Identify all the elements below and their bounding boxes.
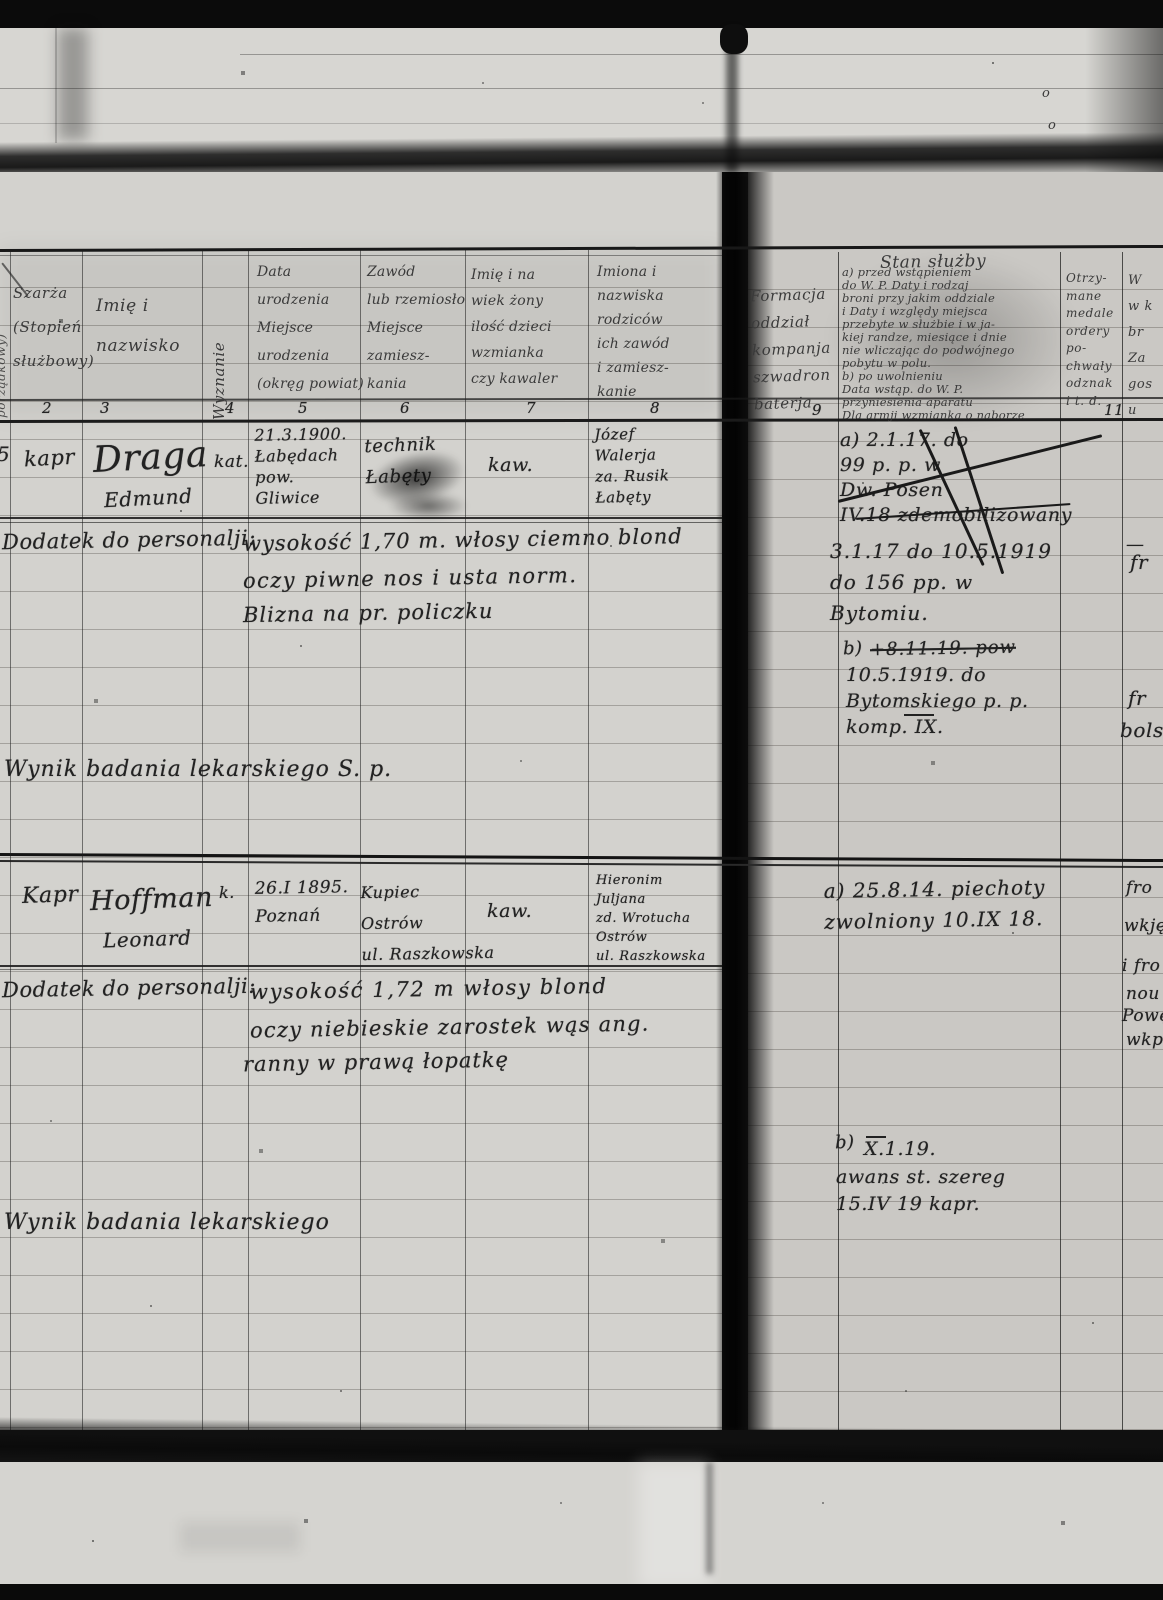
column-line [465,250,466,1430]
header-imie-nazwisko: Imię i nazwisko [96,286,180,366]
column-line [10,250,11,1430]
margin-note: fr [1128,686,1146,710]
margin-note: Powę [1122,1006,1163,1026]
service-a-entry: 3.1.17 do 10.5.1919 do 156 pp. w Bytomiu… [830,536,1052,629]
header-cut-right: W w k br Za gos u [1128,268,1153,424]
row-line [240,54,1163,55]
column-line [1122,252,1123,1430]
record-surname: Hoffman [89,882,213,919]
service-b-label: b) [835,1132,855,1154]
record-rank: kapr [23,445,75,473]
margin-note: bols [1120,718,1163,742]
margin-note: fr [1130,550,1148,574]
header-zona: Imię i na wiek żony ilość dzieci wzmiank… [471,262,557,392]
header-zawod: Zawód lub rzemiosło Miejsce zamiesz- kan… [367,258,465,398]
dust-speckles [0,0,2,2]
record-occupation: Kupiec Ostrów ul. Raszkowska [360,875,495,970]
column-number: 8 [650,399,660,417]
register-scan: o o porządkowy) Szarża (Stopień służbowy… [0,0,1163,1600]
roman-overline [866,1136,886,1138]
record-firstname: Leonard [103,925,192,952]
service-b-label: b) [843,638,863,660]
light-patch [638,1462,710,1588]
page-crease [55,28,57,143]
header-szarza: Szarża (Stopień służbowy) [13,276,94,378]
record-birth: 21.3.1900. Łabędach pow. Gliwice [254,423,348,509]
header-wyznanie: Wyznanie [210,268,228,420]
header-rodzice: Imiona i nazwiska rodziców ich zawód i z… [597,260,670,404]
wynik-badania: Wynik badania lekarskiego S. p. [4,757,392,783]
column-line [82,250,83,1430]
column-line [838,252,839,1430]
record-religion: k. [219,883,235,902]
column-number: 6 [400,399,410,417]
row-line [0,522,722,523]
header-formacja: Formacja oddział kompanja szwadron bater… [750,281,834,419]
column-number: 7 [526,399,536,417]
smudge [180,1522,300,1552]
header-ordinal-rotated: porządkowy) [0,258,8,418]
service-b-entry: X.1.19. [864,1138,936,1161]
margin-note: wkję [1124,916,1163,936]
stray-mark: o [1042,86,1050,102]
record-rank: Kapr [22,882,79,910]
record-marital: kaw. [487,900,532,923]
row-line [0,123,1163,124]
dodatek-label: Dodatek do personalji: [2,526,256,556]
column-number: 2 [42,399,52,417]
ink-blot [388,492,468,520]
dodatek-label: Dodatek do personalji: [2,974,256,1004]
record-surname: Draga [92,433,209,482]
record-firstname: Edmund [103,484,193,513]
dodatek-line: Blizna na pr. policzku [243,599,494,629]
service-b-entry: awans st. szereg 15.IV 19 kapr. [836,1164,1006,1218]
gutter-shadow-bottom [706,1462,713,1574]
page-strip-bottom [0,1462,1163,1588]
column-line [360,250,361,1430]
header-data-urodzenia: Data urodzenia Miejsce urodzenia (okręg … [257,258,364,398]
column-number: 5 [298,399,308,417]
row-line [0,255,722,256]
column-number: 4 [225,399,235,417]
row-line [0,88,1163,89]
margin-note: i fro [1122,956,1161,976]
service-a-entry: a) 25.8.14. piechoty zwolniony 10.IX 18. [823,872,1046,938]
column-number: 3 [100,399,110,417]
film-edge-top [0,0,1163,28]
record-marital: kaw. [488,454,533,477]
column-line [248,250,249,1430]
header-stan-sluzby-opis: a) przed wstąpieniem do W. P. Daty i rod… [842,266,1060,422]
margin-note: nou [1126,984,1160,1004]
margin-note: wkp [1126,1030,1163,1050]
roman-overline [904,714,934,716]
record-religion: kat. [214,452,249,472]
service-b-crossed: +8.11.19. pow [870,637,1016,661]
margin-note: fro [1126,878,1152,898]
wynik-badania: Wynik badania lekarskiego [4,1210,330,1236]
record-birth: 26.I 1895. Poznań [255,873,350,931]
column-line [202,250,203,1430]
corner-blob [720,24,748,54]
column-line [588,250,589,1430]
record-parents: Józef Walerja za. Rusik Łabęty [594,423,670,508]
page-gutter [716,172,752,1430]
record-parents: Hieronim Juljana zd. Wrotucha Ostrów ul.… [596,871,706,966]
row-line [0,517,722,519]
header-medale: Otrzy- mane medale ordery po- chwały odz… [1066,270,1114,410]
service-b-entry: 10.5.1919. do Bytomskiego p. p. komp. IX… [846,662,1029,740]
record-row-number: 5 [0,442,10,466]
smudge [58,28,88,140]
stray-mark: o [1048,118,1056,134]
film-edge-bottom [0,1584,1163,1600]
dodatek-line: ranny w prawą łopatkę [243,1048,509,1078]
